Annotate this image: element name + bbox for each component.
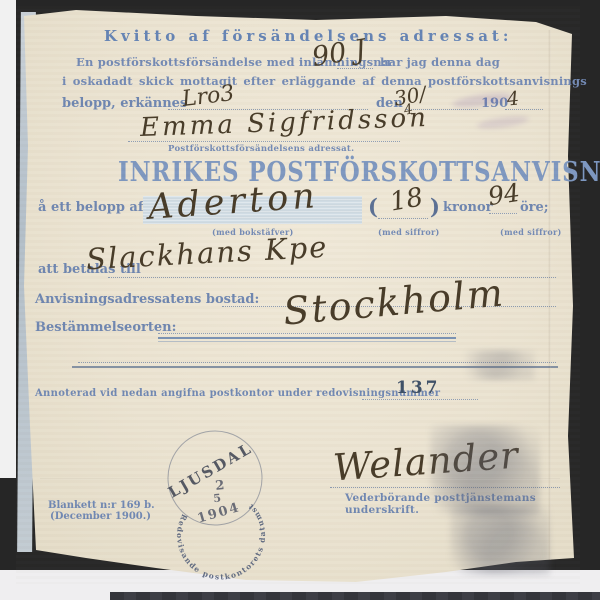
amount-label: å ett belopp af	[38, 200, 143, 215]
ink-smudge	[430, 425, 540, 515]
ore-label: öre;	[520, 200, 549, 215]
ink-smudge	[450, 505, 550, 575]
ink-smudge	[465, 350, 535, 380]
ore-digits-handwriting: 94	[486, 178, 522, 211]
scan-left-margin	[0, 0, 16, 478]
scan-bottom-object-edge	[110, 592, 600, 600]
annotation-label: Annoterad vid nedan angifna postkontor u…	[35, 388, 440, 399]
paper-crease-horizontal	[40, 478, 560, 480]
ore-caption: (med siffror)	[500, 227, 562, 237]
destination-label: Bestämmelseorten:	[35, 320, 176, 335]
paper-crease-vertical	[548, 30, 551, 560]
dotted-leader	[158, 333, 456, 334]
record-number: 137	[396, 378, 441, 398]
form-heading: INRIKES POSTFÖRSKOTTSANVISNING	[118, 157, 600, 188]
blankett-line1: Blankett n:r 169 b.	[48, 500, 155, 511]
residence-label: Anvisningsadressatens bostad:	[35, 292, 259, 307]
receipt-title: Kvitto af försändelsens adressat:	[104, 27, 512, 45]
dotted-leader	[489, 213, 517, 214]
addressee-signature-caption: Postförskottsförsändelsens adressat.	[168, 144, 354, 154]
receipt-line1-post: har jag denna dag	[380, 55, 500, 69]
dotted-leader	[337, 68, 373, 69]
scanned-postal-form: Kvitto af försändelsens adressat: En pos…	[0, 0, 600, 600]
amount-digits-caption: (med siffror)	[378, 227, 440, 237]
stamp-month: 5	[213, 492, 222, 506]
amount-digits-handwriting: 18	[388, 182, 426, 217]
dotted-leader	[362, 399, 478, 400]
blankett-line2: (December 1900.)	[50, 511, 151, 522]
dotted-leader	[378, 218, 428, 219]
paren-close: )	[430, 194, 440, 219]
destination-underline-2	[158, 341, 456, 342]
destination-underline	[158, 337, 456, 339]
paren-open: (	[368, 194, 378, 219]
signature-rule	[128, 141, 400, 142]
kronor-label: kronor	[443, 200, 493, 215]
